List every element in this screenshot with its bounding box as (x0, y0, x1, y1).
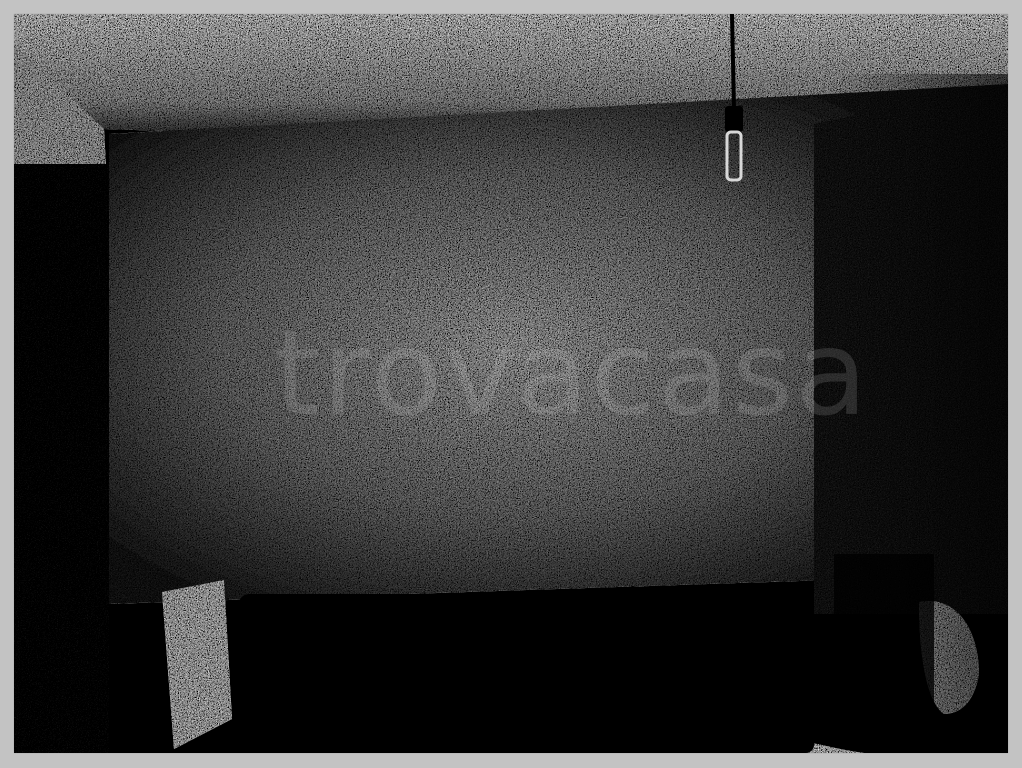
room-scene (14, 14, 1008, 753)
room-photo: trovacasa (14, 14, 1008, 753)
